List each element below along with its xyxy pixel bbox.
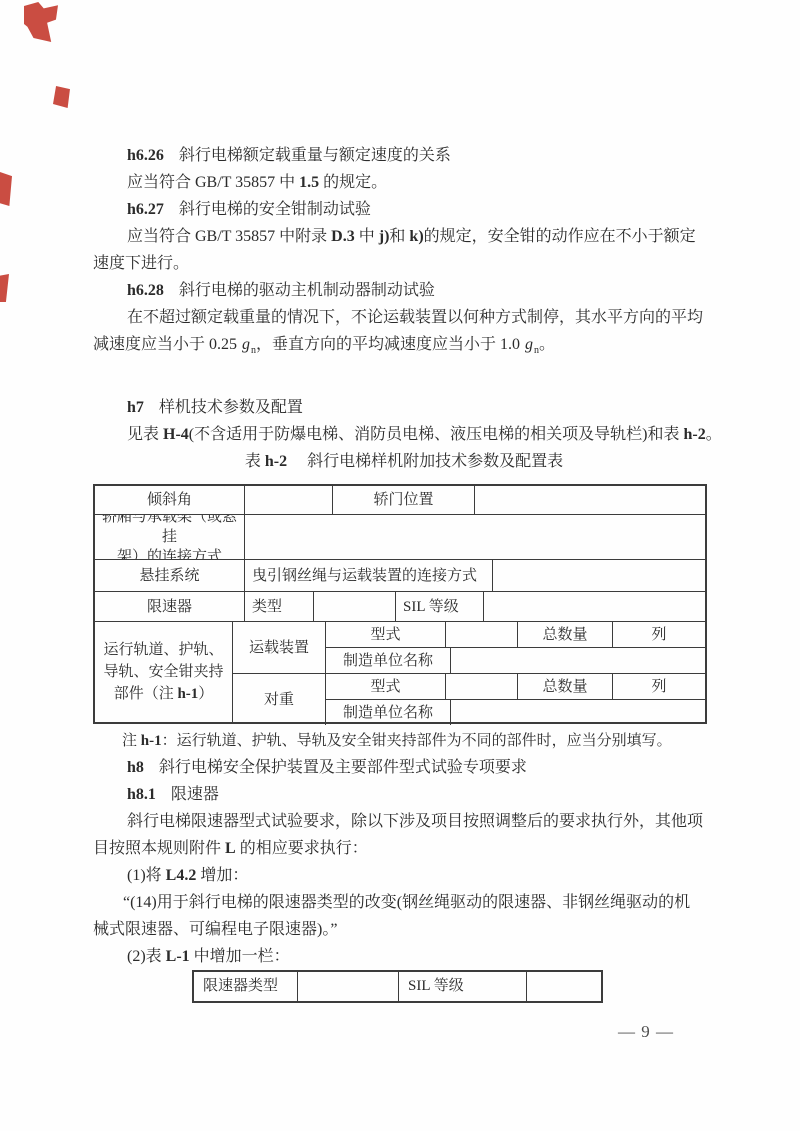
clause-number: h6.26: [127, 147, 164, 164]
cell-type-value-empty: [445, 622, 517, 647]
rails-subtable: 运载装置 型式 总数量 列 制造单位名称: [232, 622, 705, 722]
table-row: 制造单位名称: [326, 647, 705, 673]
cell-manufacturer-label: 制造单位名称: [326, 648, 450, 673]
counterweight-rows: 型式 总数量 列 制造单位名称: [325, 674, 705, 725]
paragraph-quote-line1: “(14)用于斜行电梯的限速器类型的改变(钢丝绳驱动的限速器、非钢丝绳驱动的机: [93, 889, 715, 916]
label-line: 运行轨道、护轨、: [95, 639, 232, 661]
cell-sil-level-value-empty: [526, 972, 601, 1001]
label-line: 导轨、安全钳夹持: [95, 661, 232, 683]
cell-type-label: 型式: [326, 622, 445, 647]
cell-type-value-empty: [445, 674, 517, 699]
clause-number: h8: [127, 759, 144, 776]
cell-manufacturer-value-empty: [450, 648, 705, 673]
paragraph-h6-27-line2: 速度下进行。: [93, 250, 715, 277]
cell-incline-angle-value-empty: [244, 486, 332, 514]
cell-sil-level-label: SIL 等级: [395, 592, 483, 621]
cell-sil-level-value-empty: [483, 592, 705, 621]
clause-title: 限速器: [171, 786, 219, 803]
red-ink-mark-top-left: [24, 2, 58, 42]
paragraph-item-2: (2)表 L-1 中增加一栏：: [93, 943, 715, 970]
cell-manufacturer-value-empty: [450, 700, 705, 725]
label-line: 架）的连接方式: [117, 547, 222, 559]
table-row: 倾斜角 轿门位置: [95, 486, 705, 514]
paragraph-item-1: (1)将 L4.2 增加：: [93, 862, 715, 889]
cell-rope-connection-value-empty: [492, 560, 705, 591]
cell-carrier-label: 运载装置: [233, 622, 325, 673]
red-ink-mark-upper: [53, 86, 70, 108]
table-row: 悬挂系统 曳引钢丝绳与运载装置的连接方式: [95, 559, 705, 591]
document-body: h6.26斜行电梯额定载重量与额定速度的关系 应当符合 GB/T 35857 中…: [93, 142, 715, 1003]
paragraph-h6-26: 应当符合 GB/T 35857 中 1.5 的规定。: [93, 169, 715, 196]
table-row-group-rails: 运行轨道、护轨、 导轨、安全钳夹持 部件（注 h-1） 运载装置 型式 总数量 …: [95, 621, 705, 722]
cell-counterweight-label: 对重: [233, 674, 325, 725]
table-row: 型式 总数量 列: [326, 674, 705, 699]
cell-suspension-system-label: 悬挂系统: [95, 560, 244, 591]
paragraph-quote-line2: 械式限速器、可编程电子限速器)。”: [93, 916, 715, 943]
cell-governor-type-label: 限速器类型: [194, 972, 297, 1001]
clause-number: h8.1: [127, 786, 156, 803]
label-line: 轿厢与承载架（或悬挂: [95, 515, 244, 547]
paragraph-h8-1-line1: 斜行电梯限速器型式试验要求，除以下涉及项目按照调整后的要求执行外，其他项: [93, 808, 715, 835]
cell-governor-label: 限速器: [95, 592, 244, 621]
heading-h8: h8斜行电梯安全保护装置及主要部件型式试验专项要求: [93, 754, 715, 781]
table-row: 限速器 类型 SIL 等级: [95, 591, 705, 621]
label-line: 部件（注 h-1）: [95, 683, 232, 705]
red-ink-mark-left-edge-2: [0, 274, 9, 302]
heading-h6-28: h6.28斜行电梯的驱动主机制动器制动试验: [93, 277, 715, 304]
heading-h6-27: h6.27斜行电梯的安全钳制动试验: [93, 196, 715, 223]
cell-sil-level-label: SIL 等级: [398, 972, 526, 1001]
cell-governor-type-value-empty: [313, 592, 395, 621]
heading-h8-1: h8.1限速器: [93, 781, 715, 808]
paragraph-h8-1-line2: 目按照本规则附件 L 的相应要求执行：: [93, 835, 715, 862]
cell-type-label: 型式: [326, 674, 445, 699]
table-l1-row: 限速器类型 SIL 等级: [192, 970, 603, 1003]
cell-quantity-label: 总数量: [517, 674, 612, 699]
heading-h6-26: h6.26斜行电梯额定载重量与额定速度的关系: [93, 142, 715, 169]
clause-title: 样机技术参数及配置: [159, 399, 303, 416]
clause-title: 斜行电梯安全保护装置及主要部件型式试验专项要求: [159, 759, 527, 776]
table-row: 型式 总数量 列: [326, 622, 705, 647]
paragraph-h6-28-line2: 减速度应当小于 0.25 gn，垂直方向的平均减速度应当小于 1.0 gn。: [93, 331, 715, 364]
clause-number: h6.28: [127, 282, 164, 299]
table-h2: 倾斜角 轿门位置 轿厢与承载架（或悬挂 架）的连接方式 悬挂系统 曳引钢丝绳与运…: [93, 484, 707, 724]
cell-quantity-label: 总数量: [517, 622, 612, 647]
paragraph-h6-28-line1: 在不超过额定载重量的情况下，不论运载装置以何种方式制停，其水平方向的平均: [93, 304, 715, 331]
document-page: h6.26斜行电梯额定载重量与额定速度的关系 应当符合 GB/T 35857 中…: [0, 0, 800, 1131]
table-h2-caption: 表 h-2 斜行电梯样机附加技术参数及配置表: [93, 448, 715, 475]
rails-group-carrier: 运载装置 型式 总数量 列 制造单位名称: [233, 622, 705, 673]
cell-rails-label: 运行轨道、护轨、 导轨、安全钳夹持 部件（注 h-1）: [95, 622, 232, 722]
cell-column-label: 列: [612, 674, 705, 699]
cell-governor-type-label: 类型: [244, 592, 313, 621]
clause-title: 斜行电梯额定载重量与额定速度的关系: [179, 147, 451, 164]
carrier-rows: 型式 总数量 列 制造单位名称: [325, 622, 705, 673]
paragraph-h6-27-line1: 应当符合 GB/T 35857 中附录 D.3 中 j)和 k)的规定，安全钳的…: [93, 223, 715, 250]
clause-title: 斜行电梯的安全钳制动试验: [179, 201, 371, 218]
cell-car-frame-connection-label: 轿厢与承载架（或悬挂 架）的连接方式: [95, 515, 244, 559]
clause-title: 斜行电梯的驱动主机制动器制动试验: [179, 282, 435, 299]
red-ink-mark-left-edge-1: [0, 172, 12, 206]
cell-manufacturer-label: 制造单位名称: [326, 700, 450, 725]
cell-governor-type-value-empty: [297, 972, 398, 1001]
table-row: 制造单位名称: [326, 699, 705, 725]
clause-number: h7: [127, 399, 144, 416]
table-row: 轿厢与承载架（或悬挂 架）的连接方式: [95, 514, 705, 559]
cell-rope-connection-label: 曳引钢丝绳与运载装置的连接方式: [244, 560, 492, 591]
cell-column-label: 列: [612, 622, 705, 647]
cell-incline-angle-label: 倾斜角: [95, 486, 244, 514]
table-note-h1: 注 h-1：运行轨道、护轨、导轨及安全钳夹持部件为不同的部件时，应当分别填写。: [93, 728, 715, 754]
cell-car-door-position-label: 轿门位置: [332, 486, 474, 514]
cell-car-door-position-value-empty: [474, 486, 705, 514]
paragraph-h7: 见表 H-4(不含适用于防爆电梯、消防员电梯、液压电梯的相关项及导轨栏)和表 h…: [93, 421, 715, 448]
cell-car-frame-connection-value-empty: [244, 515, 705, 559]
rails-group-counterweight: 对重 型式 总数量 列 制造单位名称: [233, 673, 705, 725]
page-number: — 9 —: [594, 1022, 698, 1042]
heading-h7: h7样机技术参数及配置: [93, 394, 715, 421]
clause-number: h6.27: [127, 201, 164, 218]
